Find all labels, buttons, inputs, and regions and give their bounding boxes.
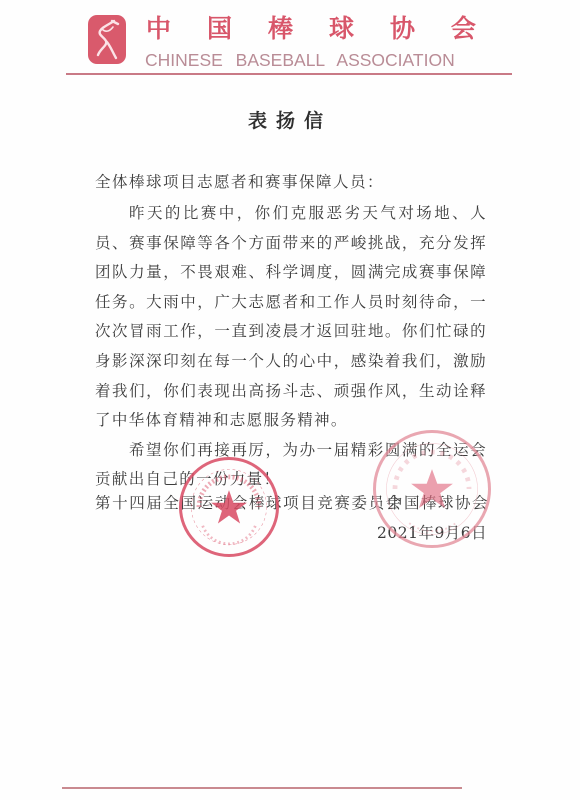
signatory-committee: 第十四届全国运动会棒球项目竞赛委员会 [95, 491, 403, 513]
org-char: 棒 [268, 14, 293, 44]
org-char: 球 [329, 14, 354, 44]
org-char: 中 [146, 14, 171, 44]
org-char: 协 [390, 14, 415, 44]
baseball-batter-logo-icon [88, 15, 126, 64]
org-name-chinese: 中 国 棒 球 协 会 [146, 14, 476, 44]
salutation: 全体棒球项目志愿者和赛事保障人员： [95, 170, 384, 192]
letter-date: 2021年9月6日 [377, 521, 487, 543]
letter-title: 表扬信 [0, 106, 580, 133]
org-char: 会 [451, 14, 476, 44]
letter-page: 中 国 棒 球 协 会 CHINESE BASEBALL ASSOCIATION… [0, 0, 580, 800]
org-name-english: CHINESE BASEBALL ASSOCIATION [145, 50, 475, 70]
body-paragraph: 希望你们再接再厉，为办一届精彩圆满的全运会贡献出自己的一份力量！ [95, 436, 487, 495]
footer-divider [62, 787, 462, 789]
letter-body: 昨天的比赛中，你们克服恶劣天气对场地、人员、赛事保障等各个方面带来的严峻挑战，充… [95, 199, 487, 495]
letterhead-divider [66, 73, 512, 75]
org-char: 国 [207, 14, 232, 44]
signatory-association: 中国棒球协会 [387, 491, 489, 513]
body-paragraph: 昨天的比赛中，你们克服恶劣天气对场地、人员、赛事保障等各个方面带来的严峻挑战，充… [95, 199, 487, 436]
